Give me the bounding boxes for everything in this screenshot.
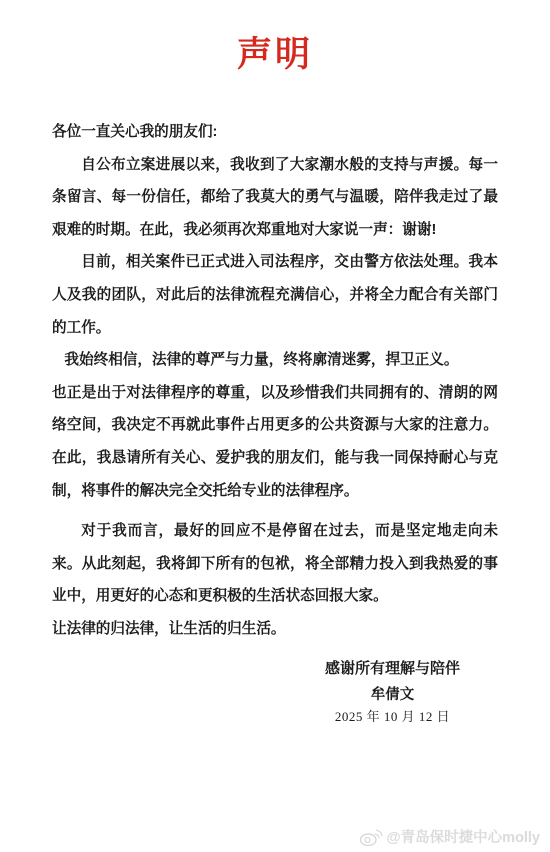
weibo-watermark: @青岛保时捷中心molly [359, 826, 540, 847]
statement-photo: { "document": { "title": "声明", "salutati… [0, 0, 550, 852]
paragraph-future: 对于我而言，最好的回应不是停留在过去，而是坚定地走向未来。从此刻起，我将卸下所有… [52, 515, 498, 613]
salutation: 各位一直关心我的朋友们: [52, 116, 498, 149]
signature-date: 2025 年 10 月 12 日 [325, 707, 460, 727]
signature-thanks: 感谢所有理解与陪伴 [325, 654, 460, 684]
paragraph-belief: 我始终相信，法律的尊严与力量，终将廓清迷雾，捍卫正义。 [52, 344, 498, 377]
paragraph-closing: 让法律的归法律，让生活的归生活。 [52, 613, 498, 646]
statement-title: 声明 [52, 34, 498, 76]
statement-document: 声明 各位一直关心我的朋友们: 自公布立案进展以来，我收到了大家潮水般的支持与声… [0, 0, 550, 727]
paragraph-support: 自公布立案进展以来，我收到了大家潮水般的支持与声援。每一条留言、每一份信任，都给… [52, 149, 498, 247]
paragraph-restraint: 也正是出于对法律程序的尊重，以及珍惜我们共同拥有的、清朗的网络空间，我决定不再就… [52, 377, 498, 507]
paragraph-case: 目前，相关案件已正式进入司法程序，交由警方依法处理。我本人及我的团队，对此后的法… [52, 246, 498, 344]
signature-name: 牟倩文 [325, 684, 460, 707]
weibo-logo-icon [359, 827, 383, 847]
weibo-handle: @青岛保时捷中心molly [386, 826, 540, 847]
signature-block: 感谢所有理解与陪伴 牟倩文 2025 年 10 月 12 日 [325, 654, 460, 727]
